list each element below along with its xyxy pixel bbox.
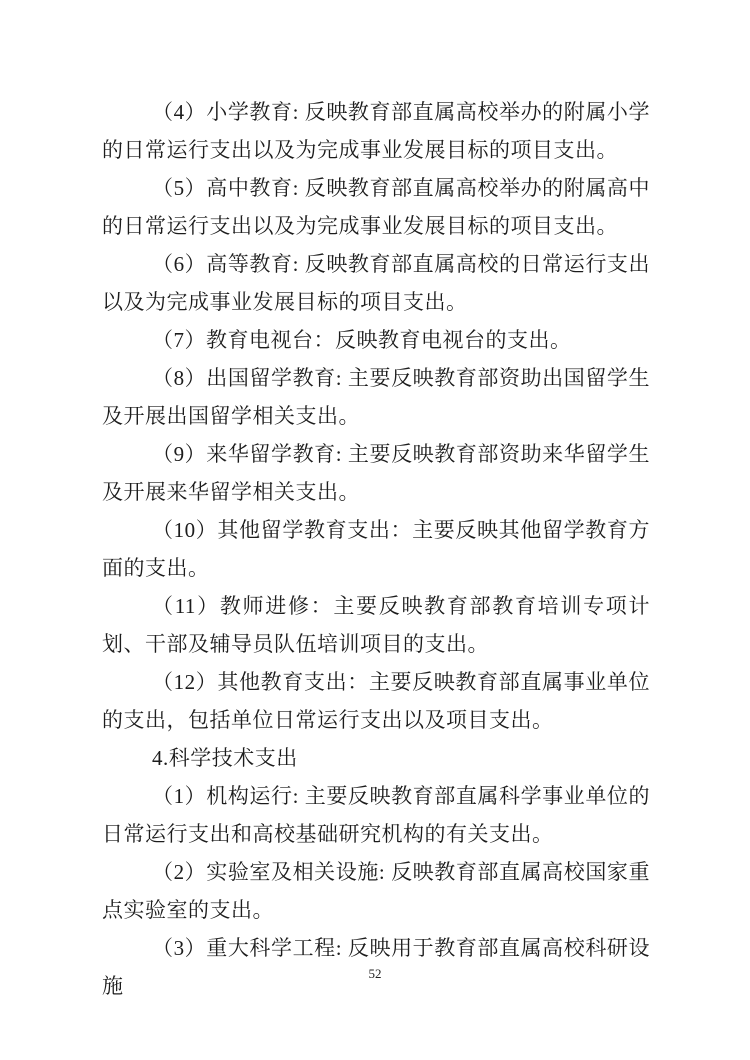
document-body: （4）小学教育: 反映教育部直属高校举办的附属小学的日常运行支出以及为完成事业发… [102,93,650,1005]
paragraph-item-7-education-tv: （7）教育电视台：反映教育电视台的支出。 [102,321,650,359]
paragraph-item-2-laboratories: （2）实验室及相关设施: 反映教育部直属高校国家重点实验室的支出。 [102,853,650,929]
paragraph-item-1-institution-operation: （1）机构运行: 主要反映教育部直属科学事业单位的日常运行支出和高校基础研究机构… [102,777,650,853]
paragraph-item-12-other-education: （12）其他教育支出：主要反映教育部直属事业单位的支出，包括单位日常运行支出以及… [102,663,650,739]
paragraph-item-11-teacher-training: （11）教师进修：主要反映教育部教育培训专项计划、干部及辅导员队伍培训项目的支出… [102,587,650,663]
paragraph-item-8-study-abroad: （8）出国留学教育: 主要反映教育部资助出国留学生及开展出国留学相关支出。 [102,359,650,435]
paragraph-item-10-other-study-abroad: （10）其他留学教育支出：主要反映其他留学教育方面的支出。 [102,511,650,587]
document-page: （4）小学教育: 反映教育部直属高校举办的附属小学的日常运行支出以及为完成事业发… [0,0,750,1060]
heading-science-tech-expenditure: 4.科学技术支出 [102,739,650,777]
page-number: 52 [0,966,750,982]
paragraph-item-9-study-in-china: （9）来华留学教育: 主要反映教育部资助来华留学生及开展来华留学相关支出。 [102,435,650,511]
paragraph-item-6-higher-education: （6）高等教育: 反映教育部直属高校的日常运行支出以及为完成事业发展目标的项目支… [102,245,650,321]
paragraph-item-5-high-school-education: （5）高中教育: 反映教育部直属高校举办的附属高中的日常运行支出以及为完成事业发… [102,169,650,245]
paragraph-item-4-primary-education: （4）小学教育: 反映教育部直属高校举办的附属小学的日常运行支出以及为完成事业发… [102,93,650,169]
